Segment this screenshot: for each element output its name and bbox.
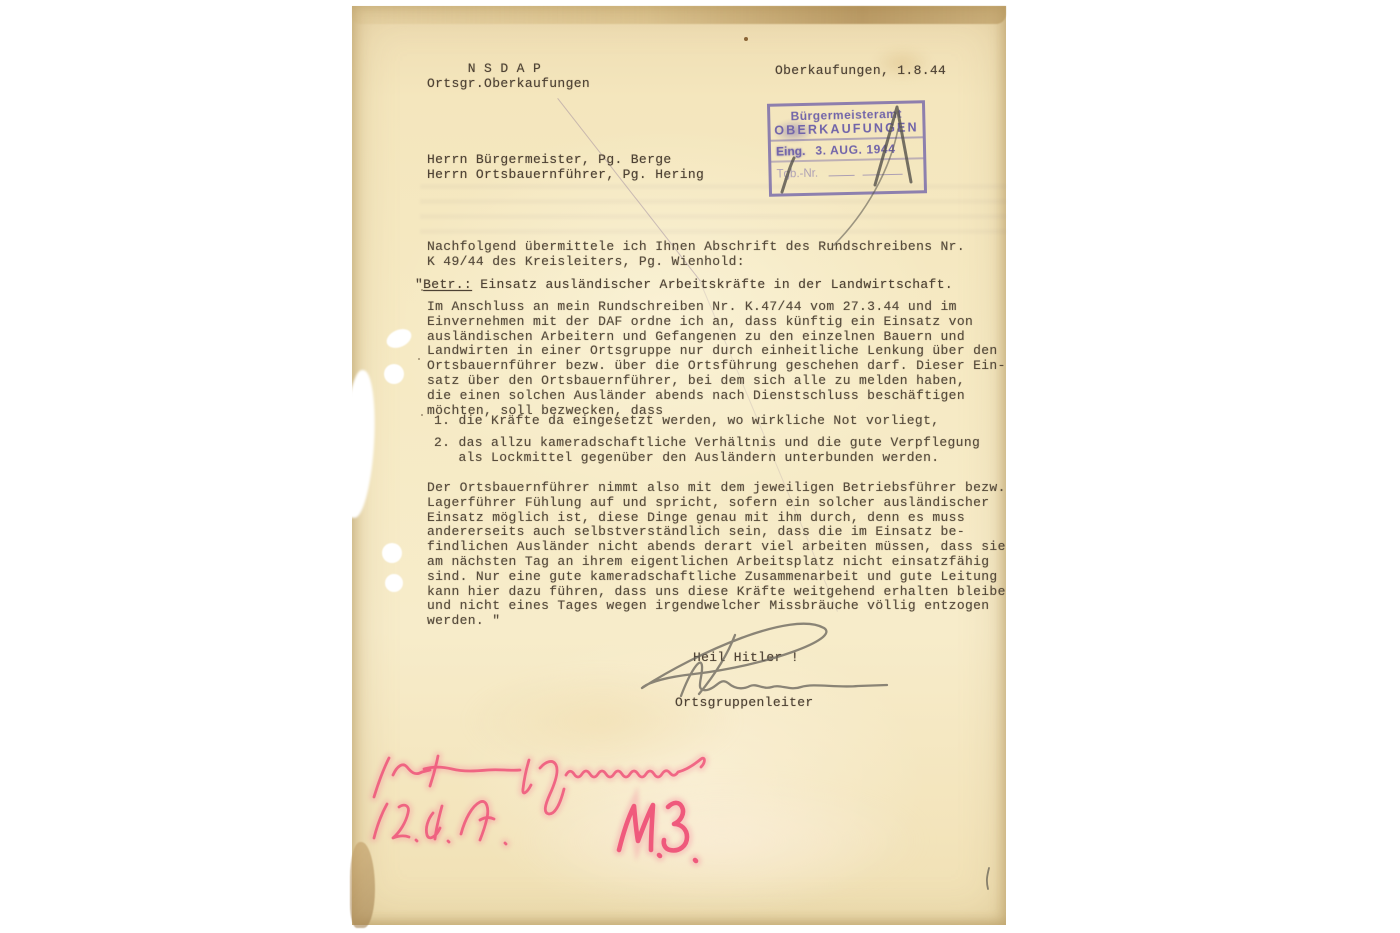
recipients: Herrn Bürgermeister, Pg. Berge Herrn Ort… <box>427 153 704 183</box>
corner-wear <box>350 842 375 928</box>
stamp-journal-blank <box>862 165 902 176</box>
paper-sheet: N S D A P Ortsgr.Oberkaufungen Oberkaufu… <box>352 6 1006 925</box>
list-item-1: 1. die Kräfte da eingesetzt werden, wo w… <box>434 414 939 429</box>
subject-line: "Betr.: Einsatz ausländischer Arbeitskrä… <box>415 278 953 293</box>
punch-hole <box>384 325 415 351</box>
intro-paragraph: Nachfolgend übermittele ich Ihnen Abschr… <box>427 240 965 270</box>
stamp-received-date: 3. AUG. 1944 <box>815 142 895 158</box>
body-paragraph-2: Der Ortsbauernführer nimmt also mit dem … <box>427 481 1006 629</box>
body-paragraph-1: Im Anschluss an mein Rundschreiben Nr. K… <box>427 300 1006 418</box>
sender-org: N S D A P Ortsgr.Oberkaufungen <box>427 62 590 92</box>
subject-text: Einsatz ausländischer Arbeitskräfte in d… <box>472 277 953 292</box>
subject-quote: " <box>415 277 423 292</box>
signer-role: Ortsgruppenleiter <box>675 696 814 711</box>
edge-tear <box>339 369 379 519</box>
stamp-received-label: Eing. <box>776 144 806 159</box>
list-item-2: 2. das allzu kameradschaftliche Verhältn… <box>434 436 980 466</box>
punch-hole <box>384 364 404 384</box>
scanned-letter-page: N S D A P Ortsgr.Oberkaufungen Oberkaufu… <box>0 0 1400 933</box>
stamp-journal-row: Tgb.-Nr. <box>771 159 923 180</box>
stamp-journal-blank <box>828 166 854 177</box>
punch-hole <box>385 574 403 592</box>
punch-hole <box>382 543 402 563</box>
stamp-ink-blot <box>772 119 815 144</box>
paper-speck <box>421 414 423 416</box>
paper-stain <box>462 666 742 776</box>
aged-top-edge <box>352 6 1006 24</box>
paper-speck <box>744 37 748 41</box>
stamp-journal-label: Tgb.-Nr. <box>776 168 818 181</box>
paper-speck <box>418 358 420 360</box>
closing-salute: Heil Hitler ! <box>693 651 799 666</box>
paper-stain <box>512 776 932 906</box>
received-stamp: Bürgermeisteramt OBERKAUFUNGEN Eing. 3. … <box>767 100 927 197</box>
subject-label: Betr.: <box>423 277 472 292</box>
place-date: Oberkaufungen, 1.8.44 <box>775 64 946 79</box>
